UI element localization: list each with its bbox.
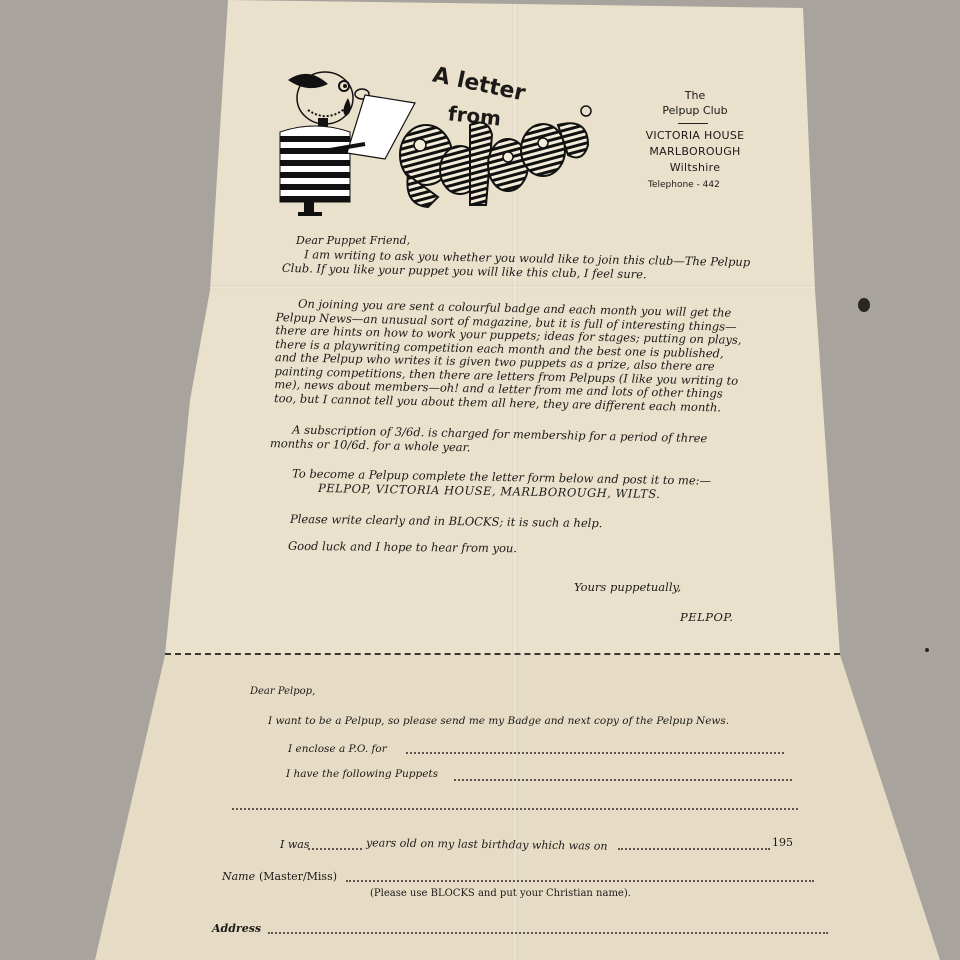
form-salutation: Dear Pelpop,: [250, 686, 315, 697]
table-speck: [925, 648, 929, 652]
horizontal-fold-crease: [0, 285, 960, 290]
registered-mark-icon: [581, 106, 591, 116]
po-amount-field[interactable]: [406, 752, 784, 754]
address-line2: MARLBOROUGH: [615, 144, 775, 160]
letter-salutation: Dear Puppet Friend,: [296, 234, 410, 247]
name-field[interactable]: [346, 880, 814, 882]
letter-paragraph-2: On joining you are sent a colourful badg…: [274, 297, 746, 415]
letter-sign-off: Yours puppetually,: [574, 580, 681, 594]
letter-paragraph-3: A subscription of 3/6d. is charged for m…: [270, 423, 740, 460]
pelpop-wordmark-logo: [398, 105, 598, 215]
letterhead-club: The Pelpup Club: [640, 88, 750, 118]
letterhead-address: VICTORIA HOUSE MARLBOROUGH Wiltshire: [615, 128, 775, 176]
letter-closing-wish: Good luck and I hope to hear from you.: [288, 539, 517, 555]
tear-off-perforation: [165, 653, 840, 655]
name-title: (Master/Miss): [259, 870, 337, 883]
letterhead-divider: [678, 123, 708, 124]
letter-request: Please write clearly and in BLOCKS; it i…: [290, 512, 603, 530]
address-line1: VICTORIA HOUSE: [615, 128, 775, 144]
letter-signature: PELPOP.: [680, 610, 734, 624]
puppets-field[interactable]: [454, 779, 792, 781]
puppets-field-continued[interactable]: [232, 808, 798, 810]
birthday-field[interactable]: [618, 848, 770, 850]
club-line1: The: [640, 88, 750, 103]
year-prefix: 195: [772, 836, 793, 849]
age-label-start: I was: [280, 838, 309, 851]
letterhead-telephone: Telephone - 442: [648, 180, 720, 190]
address-field[interactable]: [268, 932, 828, 934]
form-intro: I want to be a Pelpup, so please send me…: [268, 715, 729, 727]
table-speck: [858, 298, 870, 312]
letter-paragraph-1: I am writing to ask you whether you woul…: [282, 248, 752, 283]
address-label: Address: [212, 922, 261, 935]
address-line3: Wiltshire: [615, 160, 775, 176]
po-label: I enclose a P.O. for: [288, 743, 387, 755]
name-label: Name: [222, 870, 255, 883]
club-line2: Pelpup Club: [640, 103, 750, 118]
puppets-label: I have the following Puppets: [286, 768, 438, 780]
name-hint: (Please use BLOCKS and put your Christia…: [370, 888, 631, 899]
age-label-end: years old on my last birthday which was …: [366, 836, 608, 852]
age-field[interactable]: [308, 848, 362, 850]
